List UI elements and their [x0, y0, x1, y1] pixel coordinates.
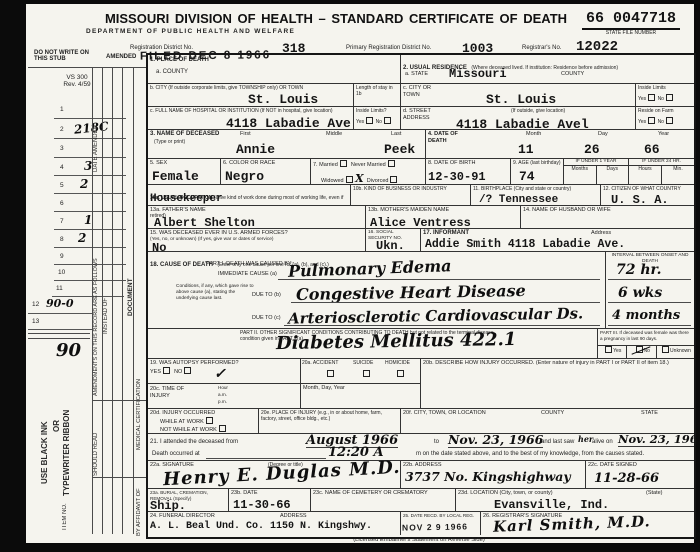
no-label: No — [376, 119, 382, 125]
box8-label: 8. DATE OF BIRTH — [428, 160, 508, 167]
first-name-label: First — [240, 131, 251, 138]
ink-note-line3: TYPEWRITER RIBBON — [62, 344, 71, 496]
stub-line: 10 — [54, 266, 126, 281]
box23b-date: 23b. DATE 11-30-66 — [228, 488, 310, 511]
box10a-occupation: 10a. USUAL OCCUPATION (Give kind of work… — [148, 184, 350, 205]
blank-line — [206, 458, 326, 459]
box13a-father: 13a. FATHER'S NAME Albert Shelton — [148, 205, 365, 228]
box26-registrar-signature: 26. REGISTRAR'S SIGNATURE Karl Smith, M.… — [480, 511, 694, 535]
part3-unknown: Unknown — [656, 346, 694, 358]
box2c-city: c. CITY OR TOWN St. Louis — [400, 83, 635, 106]
cause-c-line — [284, 325, 600, 326]
unknown-checkbox — [662, 346, 669, 353]
marital-row1: 7. Married Never Married — [313, 160, 423, 169]
physician-signature: Henry E. Duglas M.D. — [163, 459, 401, 489]
day-label: Day — [598, 131, 608, 138]
attended-to-handwriting: Nov. 23, 1966 — [448, 434, 543, 448]
box21-text1: 21. I attended the deceased from — [150, 439, 238, 446]
middle-name-label: Middle — [326, 131, 342, 138]
box1c-hospital-value: 4118 Labadie Ave. — [226, 116, 353, 129]
item-no-label: ITEM NO. — [62, 490, 68, 530]
certificate-form: 1. PLACE OF DEATH a. COUNTY 2. USUAL RES… — [146, 53, 696, 539]
scan-background: { "header": { "title": "MISSOURI DIVISIO… — [0, 0, 700, 552]
part3-pregnancy: PART III. If deceased was female was the… — [597, 328, 694, 358]
department-subtitle: DEPARTMENT OF PUBLIC HEALTH AND WELFARE — [86, 28, 295, 35]
cause-c-handwriting: Arteriosclerotic Cardiovascular Ds. — [288, 306, 583, 326]
box13b-label: 13b. MOTHER'S MAIDEN NAME — [368, 207, 518, 214]
box7-number: 7. — [313, 162, 318, 168]
suicide-checkbox — [363, 370, 370, 377]
stub-line-number: 10 — [58, 269, 65, 276]
part3-yes: Yes — [598, 346, 626, 358]
under-24-hr-cells: Hours Min. — [629, 165, 694, 184]
year-label: Year — [658, 131, 669, 138]
part2-handwriting: Diabetes Mellitus 422.1 — [276, 331, 517, 353]
her-handwriting: her — [578, 435, 593, 443]
box20f-location: 20f. CITY, TOWN, OR LOCATION COUNTY STAT… — [400, 408, 694, 433]
box23b-label: 23b. DATE — [231, 490, 308, 497]
stub-line-number: 8 — [60, 236, 64, 243]
not-at-work-checkbox — [219, 425, 226, 432]
box16-value: Ukn. — [376, 239, 405, 251]
margin-rule — [112, 68, 113, 534]
box23d-label: 23d. LOCATION (City, town, or county) — [458, 490, 553, 497]
box18-cause-of-death: 18. CAUSE OF DEATH (Enter only one cause… — [148, 251, 605, 328]
stub-line: 2 218C — [54, 120, 126, 139]
box11-value: /? Tennessee — [479, 194, 558, 205]
box1b-city-value: St. Louis — [248, 92, 318, 106]
box4-label: 4. DATE OF DEATH — [428, 131, 470, 144]
last-alive-handwriting: Nov. 23, 1966 — [618, 434, 694, 447]
box13a-value: Albert Shelton — [154, 216, 255, 228]
stub-line-number: 6 — [60, 200, 64, 207]
box2-usual-residence: 2. USUAL RESIDENCE (Where deceased lived… — [400, 55, 694, 83]
instead-of-label: INSTEAD OF — [103, 276, 109, 334]
under-1-year-cells: Months Days — [564, 165, 628, 184]
state-file-number: 66 0047718 — [582, 10, 680, 30]
box6-value: Negro — [225, 169, 264, 184]
box20c-month-day-year: Month, Day, Year — [300, 383, 420, 408]
box22a-signature: 22a. SIGNATURE (Degree or title) Henry E… — [148, 460, 400, 488]
inside-limits-options: Yes No — [356, 117, 398, 125]
box4-date-of-death: 4. DATE OF DEATH Month Day Year 11 26 66 — [425, 129, 694, 158]
ink-note-line2: OR — [52, 408, 61, 432]
farm-options: Yes No — [638, 117, 692, 125]
box20d-at-work: 20d. INJURY OCCURRED WHILE AT WORK NOT W… — [148, 408, 258, 433]
form-code: VS 300 — [54, 74, 100, 81]
box24-label: 24. FUNERAL DIRECTOR — [150, 513, 215, 520]
am-label: a.m. — [218, 392, 227, 398]
box17-address-label: Address — [591, 230, 611, 237]
box21-text5: Death occurred at — [152, 451, 200, 458]
box5-sex: 5. SEX Female — [148, 158, 220, 184]
box21-attended-statement: 21. I attended the deceased from August … — [148, 433, 694, 460]
hours-label: Hours — [629, 166, 661, 184]
box3-name-of-deceased: 3. NAME OF DECEASED (Type or print) Firs… — [148, 129, 425, 158]
accident-checkbox — [327, 370, 334, 377]
form-revision: Rev. 4/59 — [54, 81, 100, 88]
box6-label: 6. COLOR OR RACE — [223, 160, 308, 167]
margin-rule — [122, 68, 123, 534]
stub-line: 11 — [52, 282, 124, 297]
box20c-label: 20c. TIME OF INJURY — [150, 386, 200, 399]
yes-label: Yes — [638, 119, 646, 125]
stub-divider — [28, 67, 146, 68]
no-label: No — [658, 119, 664, 125]
stub-line-number: 3 — [60, 145, 64, 152]
month-value: 11 — [518, 142, 534, 157]
days-label: Days — [596, 166, 629, 184]
box22c-label: 22c. DATE SIGNED — [588, 462, 637, 469]
box15-armed-forces: 15. WAS DECEASED EVER IN U.S. ARMED FORC… — [148, 228, 365, 251]
box21-text4: alive on — [592, 439, 613, 446]
box1-place-of-death: 1. PLACE OF DEATH a. COUNTY — [148, 55, 400, 83]
date-signed-handwriting: 11-28-66 — [594, 472, 659, 485]
divorced-label: Divorced — [367, 178, 389, 184]
box22c-date-signed: 22c. DATE SIGNED 11-28-66 — [585, 460, 694, 488]
cause-b-handwriting: Congestive Heart Disease — [296, 283, 526, 303]
amended-label: AMENDED — [106, 54, 136, 60]
never-married-label: Never Married — [351, 162, 386, 168]
yes-label: Yes — [638, 96, 646, 102]
county-header: COUNTY — [541, 410, 564, 417]
married-label: Married — [319, 162, 338, 168]
document-label: DOCUMENT — [127, 254, 134, 316]
stub-line-number: 11 — [56, 285, 63, 292]
widowed-x-mark: X — [355, 172, 364, 184]
box24-value: A. L. Beal Und. Co. 1150 N. Kingshwy. — [150, 521, 372, 532]
no-check-mark: ✓ — [214, 367, 226, 381]
due-to-c-label: DUE TO (c) — [252, 315, 281, 322]
reside-on-farm-label: Reside on Farm — [638, 108, 692, 114]
hour-label: Hour — [218, 385, 228, 391]
box9-under-24-hr: IF UNDER 24 HR. Hours Min. — [628, 158, 694, 184]
certificate-title: MISSOURI DIVISION OF HEALTH – STANDARD C… — [66, 11, 606, 26]
stub-line-number: 9 — [60, 253, 64, 260]
stub-line-number: 5 — [60, 182, 64, 189]
medical-certification-label: MEDICAL CERTIFICATION — [136, 332, 142, 450]
box20f-label: 20f. CITY, TOWN, OR LOCATION — [403, 410, 486, 417]
stub-handwritten-entry: 90-0 — [46, 298, 74, 309]
box23c-label: 23c. NAME OF CEMETERY OR CREMATORY — [313, 490, 453, 497]
box17-value: Addie Smith 4118 Labadie Ave. — [425, 238, 625, 251]
yes-checkbox — [163, 367, 170, 374]
no-label: No — [658, 96, 664, 102]
conditions-note: Conditions, if any, which gave rise to a… — [176, 284, 256, 301]
accident-label: 20a. ACCIDENT — [302, 360, 338, 366]
month-label: Month — [526, 131, 541, 138]
form-code-block: VS 300 Rev. 4/59 — [54, 74, 100, 88]
stub-line-number: 1 — [60, 106, 64, 113]
homicide-label: HOMICIDE — [385, 360, 410, 366]
pm-label: p.m. — [218, 399, 227, 405]
at-work-label: WHILE AT WORK — [160, 419, 204, 425]
at-work-checkbox — [206, 417, 213, 424]
box19-label: 19. WAS AUTOPSY PERFORMED? — [150, 360, 240, 367]
box21-text3: and last saw — [541, 439, 574, 446]
box2d-street-hint: (If outside, give location) — [511, 108, 565, 114]
box15-value: No — [152, 241, 166, 251]
box12-value: U. S. A. — [611, 193, 669, 205]
no-checkbox — [666, 94, 673, 101]
box2-county-label: COUNTY — [561, 71, 584, 78]
suicide-label: SUICIDE — [353, 360, 373, 366]
no-checkbox — [666, 117, 673, 124]
physician-address-handwriting: 3737 No. Kingshighway — [405, 471, 571, 484]
yes-checkbox — [648, 117, 655, 124]
box2d-street-value: 4118 Labadie Avel — [456, 117, 589, 129]
box25-label: 25. DATE RECD. BY LOCAL REG. — [403, 513, 475, 519]
box23a-burial: 23a. BURIAL, CREMATION, REMOVAL (Specify… — [148, 488, 228, 511]
registrar-signature-handwriting: Karl Smith, M.D. — [493, 514, 651, 534]
length-of-stay-label: Length of stay in 1b — [356, 85, 398, 98]
interval-line — [608, 325, 691, 326]
box23a-value: Ship. — [150, 499, 186, 511]
box22b-address: 22b. ADDRESS 3737 No. Kingshighway — [400, 460, 585, 488]
box14-spouse: 14. NAME OF HUSBAND OR WIFE — [520, 205, 694, 228]
box16-ssn: 16. SOCIAL SECURITY NO. Ukn. — [365, 228, 420, 251]
stub-underline — [28, 333, 90, 334]
stub-line: 7 1 — [54, 213, 126, 230]
stub-line: 1 — [54, 99, 126, 119]
box20b-label: 20b. DESCRIBE HOW INJURY OCCURRED. (Ente… — [423, 360, 683, 367]
state-file-number-label: STATE FILE NUMBER — [582, 30, 680, 36]
box10b-business: 10b. KIND OF BUSINESS OR INDUSTRY — [350, 184, 470, 205]
box5-value: Female — [152, 169, 199, 184]
box19-autopsy: 19. WAS AUTOPSY PERFORMED? YES NO ✓ — [148, 358, 300, 383]
box20e-place-of-injury: 20e. PLACE OF INJURY (e.g., in or about … — [258, 408, 400, 433]
primary-district-label: Primary Registration District No. — [346, 45, 431, 52]
stub-handwritten-entry: 2 — [78, 232, 86, 244]
months-label: Months — [564, 166, 596, 184]
ink-note-line1: USE BLACK INK — [40, 356, 49, 484]
cause-b-line — [291, 302, 600, 303]
stub-line-number: 13 — [32, 318, 39, 325]
year-value: 66 — [644, 142, 660, 157]
no-label: NO — [174, 369, 182, 375]
box10b-label: 10b. KIND OF BUSINESS OR INDUSTRY — [353, 186, 468, 192]
part2-conditions: PART II. OTHER SIGNIFICANT CONDITIONS CO… — [148, 328, 597, 358]
cause-a-line — [278, 279, 600, 280]
box24-funeral-director: 24. FUNERAL DIRECTOR ADDRESS A. L. Beal … — [148, 511, 400, 535]
box8-date-of-birth: 8. DATE OF BIRTH 12-30-91 — [425, 158, 510, 184]
part3-label: PART III. If deceased was female was the… — [598, 329, 694, 342]
box17-label: 17. INFORMANT — [423, 230, 469, 237]
widowed-checkbox — [346, 176, 353, 183]
should-read-label: SHOULD READ — [93, 420, 99, 476]
box11-birthplace: 11. BIRTHPLACE (City and state or countr… — [470, 184, 600, 205]
box7-marital-status: 7. Married Never Married Widowed X Divor… — [310, 158, 425, 184]
box21-text2: to — [434, 439, 439, 446]
inside-limits-label: Inside Limits — [638, 85, 692, 91]
box1-county-label: a. COUNTY — [156, 69, 188, 76]
box6-color-or-race: 6. COLOR OR RACE Negro — [220, 158, 310, 184]
certificate-page: MISSOURI DIVISION OF HEALTH – STANDARD C… — [26, 4, 694, 543]
box24-address-label: ADDRESS — [280, 513, 307, 520]
not-while-at-work: NOT WHILE AT WORK — [160, 425, 256, 433]
inside-limits-options: Yes No — [638, 94, 692, 102]
no-checkbox — [184, 367, 191, 374]
first-name-value: Annie — [236, 142, 275, 157]
box23d-location: 23d. LOCATION (City, town, or county) (S… — [455, 488, 694, 511]
stub-line-number: 4 — [60, 164, 64, 171]
unknown-label: Unknown — [670, 348, 691, 354]
box20b-describe-injury: 20b. DESCRIBE HOW INJURY OCCURRED. (Ente… — [420, 358, 694, 408]
box2-state-label: a. STATE — [405, 71, 428, 78]
box13b-mother: 13b. MOTHER'S MAIDEN NAME Alice Ventress — [365, 205, 520, 228]
part3-options: Yes No Unknown — [598, 345, 694, 358]
interval-a-handwriting: 72 hr. — [616, 263, 662, 277]
received-stamp: NOV 2 9 1966 — [402, 521, 468, 532]
stub-line: 4 3 — [54, 159, 126, 176]
box20e-label: 20e. PLACE OF INJURY (e.g., in or about … — [261, 410, 393, 423]
box2d-street-label: d. STREET ADDRESS — [403, 108, 443, 121]
part1-label: PART I. DEATH WAS CAUSED BY: — [206, 261, 293, 268]
stub-line-number: 7 — [60, 218, 64, 225]
box2c-inside-limits: Inside Limits Yes No — [635, 83, 694, 106]
yes-checkbox — [648, 94, 655, 101]
box20d-label: 20d. INJURY OCCURRED — [150, 410, 256, 417]
box23d-value: Evansville, Ind. — [494, 498, 609, 511]
yes-checkbox — [605, 346, 612, 353]
do-not-write-note: DO NOT WRITE ON THIS STUB — [34, 50, 94, 62]
box2c-city-value: St. Louis — [486, 92, 556, 106]
box8-value: 12-30-91 — [428, 170, 486, 184]
cause-a-handwriting: Pulmonary Edema — [288, 258, 452, 280]
box1b-city: b. CITY (If outside corporate limits, gi… — [148, 83, 353, 106]
box5-label: 5. SEX — [150, 160, 218, 167]
never-married-checkbox — [388, 160, 395, 167]
date-amended-label: DATE AMENDED — [93, 96, 99, 172]
box2d-street: d. STREET ADDRESS (If outside, give loca… — [400, 106, 635, 129]
registrars-no-label: Registrar's No. — [522, 45, 562, 52]
while-at-work: WHILE AT WORK — [160, 417, 256, 426]
box17-informant: 17. INFORMANT Address Addie Smith 4118 L… — [420, 228, 694, 251]
homicide-checkbox — [397, 370, 404, 377]
min-label: Min. — [661, 166, 694, 184]
box13b-value: Alice Ventress — [370, 216, 471, 228]
box1c-hospital-label: c. FULL NAME OF HOSPITAL OR INSTITUTION … — [150, 108, 340, 114]
immediate-cause-label: IMMEDIATE CAUSE (a) — [218, 271, 277, 278]
stub-line: 13 — [28, 315, 92, 330]
stub-line-number: 12 — [32, 301, 39, 308]
box3-label: 3. NAME OF DECEASED — [150, 131, 219, 138]
state-header: STATE — [641, 410, 658, 417]
part3-no: No — [626, 346, 655, 358]
stub-handwritten-entry: 2 — [80, 178, 88, 190]
box22b-label: 22b. ADDRESS — [403, 462, 442, 469]
box18-interval-column: INTERVAL BETWEEN ONSET AND DEATH 72 hr. … — [605, 251, 694, 328]
box13a-label: 13a. FATHER'S NAME — [150, 207, 363, 214]
box10a-value: Housekeeper — [150, 193, 223, 205]
marital-row2: Widowed X Divorced — [321, 173, 423, 184]
box1c-hospital: c. FULL NAME OF HOSPITAL OR INSTITUTION … — [148, 106, 353, 129]
box2d-reside-on-farm: Reside on Farm Yes No — [635, 106, 694, 129]
box1-label: 1. PLACE OF DEATH — [150, 57, 209, 64]
embalmer-note: (Licensed Embalmer's Statement on Revers… — [146, 537, 692, 544]
stub-line: 9 — [54, 249, 126, 265]
box23d-state-label: (State) — [646, 490, 663, 497]
stub-line: 12 90-0 — [28, 297, 92, 314]
box9-under-1-year: IF UNDER 1 YEAR Months Days — [563, 158, 628, 184]
box23b-value: 11-30-66 — [233, 498, 291, 511]
last-name-label: Last — [391, 131, 401, 138]
stub-line: 5 2 — [54, 177, 126, 194]
box3-hint: (Type or print) — [154, 139, 185, 145]
box11-label: 11. BIRTHPLACE (City and state or countr… — [473, 186, 598, 192]
stub-line: 8 2 — [54, 231, 126, 248]
box21-text6: m on the date stated above, and to the b… — [416, 451, 644, 458]
last-name-value: Peek — [384, 142, 415, 157]
widowed-label: Widowed — [321, 178, 344, 184]
box12-label: 12. CITIZEN OF WHAT COUNTRY — [603, 186, 692, 192]
divorced-checkbox — [390, 176, 397, 183]
mdy-label: Month, Day, Year — [303, 385, 418, 392]
due-to-b-label: DUE TO (b) — [252, 292, 281, 299]
interval-line — [608, 279, 691, 280]
box9-label: 9. AGE (last birthday) — [513, 160, 561, 166]
interval-b-handwriting: 6 wks — [618, 286, 662, 300]
interval-c-handwriting: 4 months — [612, 309, 680, 322]
amendments-label: AMENDMENTS ON THIS RECORD ARE AS FOLLOWS — [93, 180, 99, 396]
yes-label: Yes — [613, 348, 621, 354]
interval-line — [608, 302, 691, 303]
stub-line: 6 — [54, 195, 126, 212]
box2c-city-label: c. CITY OR TOWN — [403, 85, 437, 98]
day-value: 26 — [584, 142, 600, 157]
box25-date-received: 25. DATE RECD. BY LOCAL REG. NOV 2 9 196… — [400, 511, 480, 535]
box15-hint: (Yes, no, or unknown) (If yes, give war … — [150, 237, 363, 243]
box15-label: 15. WAS DECEASED EVER IN U.S. ARMED FORC… — [150, 230, 363, 237]
married-checkbox — [340, 160, 347, 167]
box9-age: 9. AGE (last birthday) 74 — [510, 158, 563, 184]
inside-limits-label: Inside Limits? — [356, 108, 398, 114]
no-checkbox — [384, 117, 391, 124]
stub-line: 3 — [54, 140, 126, 158]
stub-underline — [28, 338, 90, 339]
box14-label: 14. NAME OF HUSBAND OR WIFE — [523, 207, 692, 214]
box2-state-value: Missouri — [449, 67, 507, 81]
box1b-length-of-stay: Length of stay in 1b — [353, 83, 400, 106]
yes-label: Yes — [356, 119, 364, 125]
box12-citizen: 12. CITIZEN OF WHAT COUNTRY U. S. A. — [600, 184, 694, 205]
box20c-time-of-injury: 20c. TIME OF INJURY Hour a.m. p.m. — [148, 383, 300, 408]
box20a-manner: 20a. ACCIDENT SUICIDE HOMICIDE — [300, 358, 420, 383]
box18-label: 18. CAUSE OF DEATH — [150, 262, 213, 268]
yes-label: YES — [150, 369, 161, 375]
box1c-inside-limits: Inside Limits? Yes No — [353, 106, 400, 129]
box1b-city-label: b. CITY (If outside corporate limits, gi… — [150, 85, 340, 91]
box9-value: 74 — [519, 169, 535, 184]
box23c-cemetery: 23c. NAME OF CEMETERY OR CREMATORY — [310, 488, 455, 511]
stub-line-number: 2 — [60, 126, 64, 133]
yes-checkbox — [366, 117, 373, 124]
by-affidavit-label: BY AFFIDAVIT OF — [136, 456, 142, 536]
